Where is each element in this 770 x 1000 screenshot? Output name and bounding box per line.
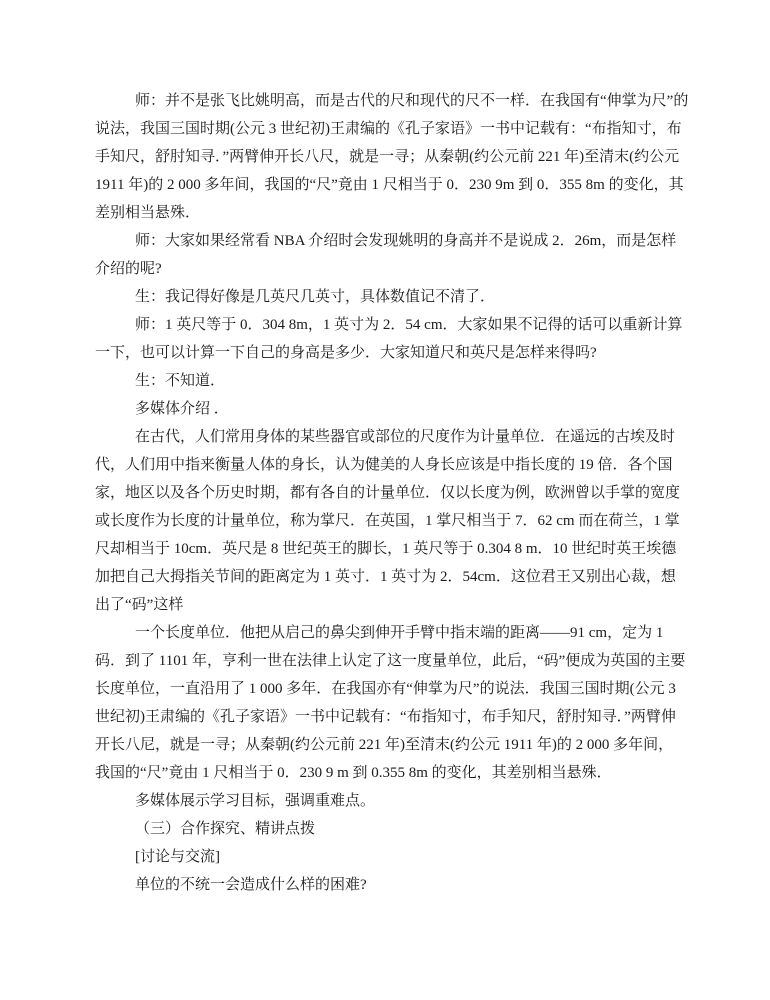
paragraph: 生：我记得好像是几英尺几英寸，具体数值记不清了．: [95, 283, 675, 311]
document-page: 师：并不是张飞比姚明高，而是古代的尺和现代的尺不一样．在我国有“伸掌为尺”的说法…: [0, 0, 770, 1000]
text-line: 开长八尼，就是一寻；从秦朝(约公元前 221 年)至清末(约公元 1911 年)…: [95, 731, 675, 759]
paragraph: 多媒体展示学习目标，强调重难点。: [95, 787, 675, 815]
text-line: 我国的“尺”竟由 1 尺相当于 0．230 9 m 到 0.355 8m 的变化…: [95, 759, 675, 787]
text-line: [讨论与交流]: [95, 843, 675, 871]
text-line: 说法，我国三国时期(公元 3 世纪初)王肃编的《孔子家语》一书中记载有：“布指知…: [95, 115, 675, 143]
paragraph: 多媒体介绍 ．: [95, 395, 675, 423]
text-line: 或长度作为长度的计量单位，称为掌尺．在英国，1 掌尺相当于 7．62 cm 而在…: [95, 507, 675, 535]
paragraph: 在古代，人们常用身体的某些器官或部位的尺度作为计量单位．在遥远的古埃及时代，人们…: [95, 423, 675, 619]
paragraph: （三）合作探究、精讲点拨: [95, 815, 675, 843]
text-line: 码．到了 1101 年，亨利一世在法律上认定了这一度量单位，此后，“码”便成为英…: [95, 647, 675, 675]
text-line: 介绍的呢?: [95, 255, 675, 283]
paragraph: 生：不知道．: [95, 367, 675, 395]
paragraph: 师：1 英尺等于 0．304 8m，1 英寸为 2．54 cm．大家如果不记得的…: [95, 311, 675, 367]
document-body: 师：并不是张飞比姚明高，而是古代的尺和现代的尺不一样．在我国有“伸掌为尺”的说法…: [95, 87, 675, 899]
text-line: 师：大家如果经常看 NBA 介绍时会发现姚明的身高并不是说成 2．26m，而是怎…: [95, 227, 675, 255]
text-line: 加把自己大拇指关节间的距离定为 1 英寸．1 英寸为 2．54cm．这位君王又别…: [95, 563, 675, 591]
paragraph: 单位的不统一会造成什么样的困难?: [95, 871, 675, 899]
paragraph: 一个长度单位．他把从启己的鼻尖到伸开手臂中指末端的距离——91 cm，定为 1码…: [95, 619, 675, 787]
paragraph: [讨论与交流]: [95, 843, 675, 871]
text-line: 手知尺，舒肘知寻．”两臂伸开长八尺，就是一寻；从秦朝(约公元前 221 年)至清…: [95, 143, 675, 171]
text-line: 代，人们用中指来衡量人体的身长，认为健美的人身长应该是中指长度的 19 倍．各个…: [95, 451, 675, 479]
text-line: 长度单位，一直沿用了 1 000 多年．在我国亦有“伸掌为尺”的说法．我国三国时…: [95, 675, 675, 703]
text-line: 家，地区以及各个历史时期，都有各自的计量单位．仅以长度为例，欧洲曾以手掌的宽度: [95, 479, 675, 507]
text-line: 一个长度单位．他把从启己的鼻尖到伸开手臂中指末端的距离——91 cm，定为 1: [95, 619, 675, 647]
text-line: 生：我记得好像是几英尺几英寸，具体数值记不清了．: [95, 283, 675, 311]
text-line: 在古代，人们常用身体的某些器官或部位的尺度作为计量单位．在遥远的古埃及时: [95, 423, 675, 451]
text-line: 多媒体展示学习目标，强调重难点。: [95, 787, 675, 815]
text-line: 师：1 英尺等于 0．304 8m，1 英寸为 2．54 cm．大家如果不记得的…: [95, 311, 675, 339]
text-line: 尺却相当于 10cm．英尺是 8 世纪英王的脚长，1 英尺等于 0.304 8 …: [95, 535, 675, 563]
text-line: 师：并不是张飞比姚明高，而是古代的尺和现代的尺不一样．在我国有“伸掌为尺”的: [95, 87, 675, 115]
paragraph: 师：大家如果经常看 NBA 介绍时会发现姚明的身高并不是说成 2．26m，而是怎…: [95, 227, 675, 283]
text-line: 世纪初)王肃编的《孔子家语》一书中记载有：“布指知寸，布手知尺，舒肘知寻．”两臂…: [95, 703, 675, 731]
text-line: 1911 年)的 2 000 多年间，我国的“尺”竟由 1 尺相当于 0．230…: [95, 171, 675, 199]
text-line: 出了“码”这样: [95, 591, 675, 619]
text-line: 差别相当悬殊．: [95, 199, 675, 227]
text-line: 一下，也可以计算一下自己的身高是多少．大家知道尺和英尺是怎样来得吗?: [95, 339, 675, 367]
text-line: （三）合作探究、精讲点拨: [95, 815, 675, 843]
text-line: 单位的不统一会造成什么样的困难?: [95, 871, 675, 899]
text-line: 生：不知道．: [95, 367, 675, 395]
paragraph: 师：并不是张飞比姚明高，而是古代的尺和现代的尺不一样．在我国有“伸掌为尺”的说法…: [95, 87, 675, 227]
text-line: 多媒体介绍 ．: [95, 395, 675, 423]
